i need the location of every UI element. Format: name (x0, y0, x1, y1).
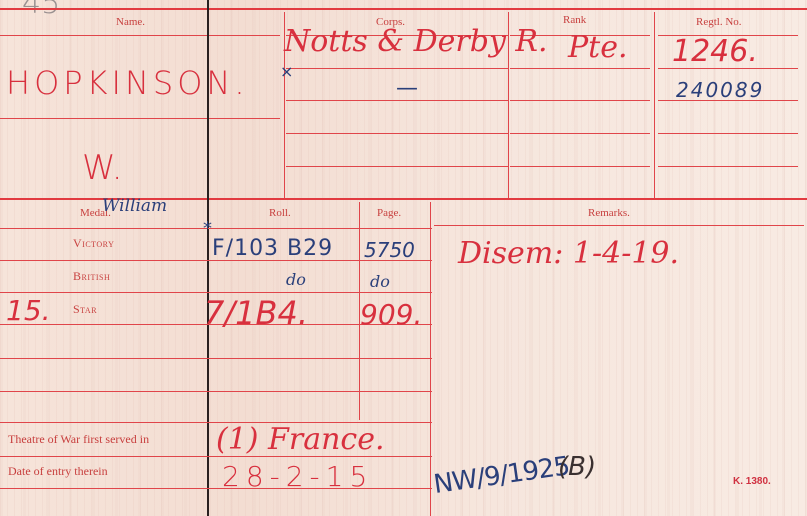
remarks-value: Disem: 1-4-19. (458, 236, 679, 271)
corps-row-line (286, 68, 508, 69)
remarks-header-line (434, 225, 804, 226)
surname-value: HOPKINSON. (6, 64, 249, 102)
medal-header-line (0, 228, 432, 229)
top-border-line (0, 8, 807, 10)
rank-value: Pte. (568, 30, 628, 65)
forename-value: William (102, 196, 167, 216)
medal-page: 909. (360, 298, 422, 331)
date-of-entry-value: 28-2-15 (222, 460, 373, 493)
medal-row-line (0, 358, 432, 359)
medal-row-line (0, 292, 432, 293)
corps-row-line (286, 166, 508, 167)
corps-line2-value: — (396, 76, 418, 101)
regtl-no-1-value: 1246. (672, 34, 758, 69)
remarks-left-line (430, 202, 431, 516)
rank-label: Rank (563, 14, 586, 26)
cross-marker: × (280, 62, 293, 81)
rank-row-line (510, 100, 650, 101)
name-row-line (0, 118, 280, 119)
regtl-no-label: Regtl. No. (696, 16, 742, 28)
remarks-label: Remarks. (588, 207, 630, 219)
regtl-left-line (654, 12, 655, 198)
medal-name: Victory (73, 236, 114, 251)
regtl-row-line (658, 133, 798, 134)
name-header-line (0, 35, 280, 36)
star-marker: * (203, 218, 212, 239)
medal-prefix: 15. (6, 294, 51, 327)
medal-roll: 7/1B4. (204, 294, 308, 332)
medal-roll: F/103 B29 (212, 236, 333, 261)
theatre-value: (1) France. (216, 422, 385, 457)
medal-name: British (73, 269, 110, 284)
reference-stamp: NW/9/1925 (432, 451, 571, 500)
roll-label: Roll. (269, 207, 291, 219)
regtl-no-2-value: 240089 (676, 78, 764, 102)
regtl-row-line (658, 166, 798, 167)
corps-value: Notts & Derby R. (284, 24, 548, 59)
form-code: K. 1380. (733, 476, 771, 487)
initial-value: W. (82, 148, 123, 188)
name-label: Name. (116, 16, 145, 28)
reference-suffix: (B) (558, 452, 596, 482)
medal-page: 5750 (364, 238, 415, 262)
page-label: Page. (377, 207, 401, 219)
corps-row-line (286, 133, 508, 134)
medal-roll: do (286, 270, 306, 289)
corner-number: 45 (22, 0, 60, 21)
rank-row-line (510, 133, 650, 134)
theatre-label: Theatre of War first served in (8, 432, 149, 447)
medal-row-line (0, 391, 432, 392)
medal-name: Star (73, 302, 97, 317)
rank-row-line (510, 166, 650, 167)
medal-index-card: 45 Name. Corps. Rank Regtl. No. HOPKINSO… (0, 0, 807, 516)
date-of-entry-label: Date of entry therein (8, 464, 108, 479)
rank-row-line (510, 68, 650, 69)
medal-page: do (370, 272, 390, 291)
